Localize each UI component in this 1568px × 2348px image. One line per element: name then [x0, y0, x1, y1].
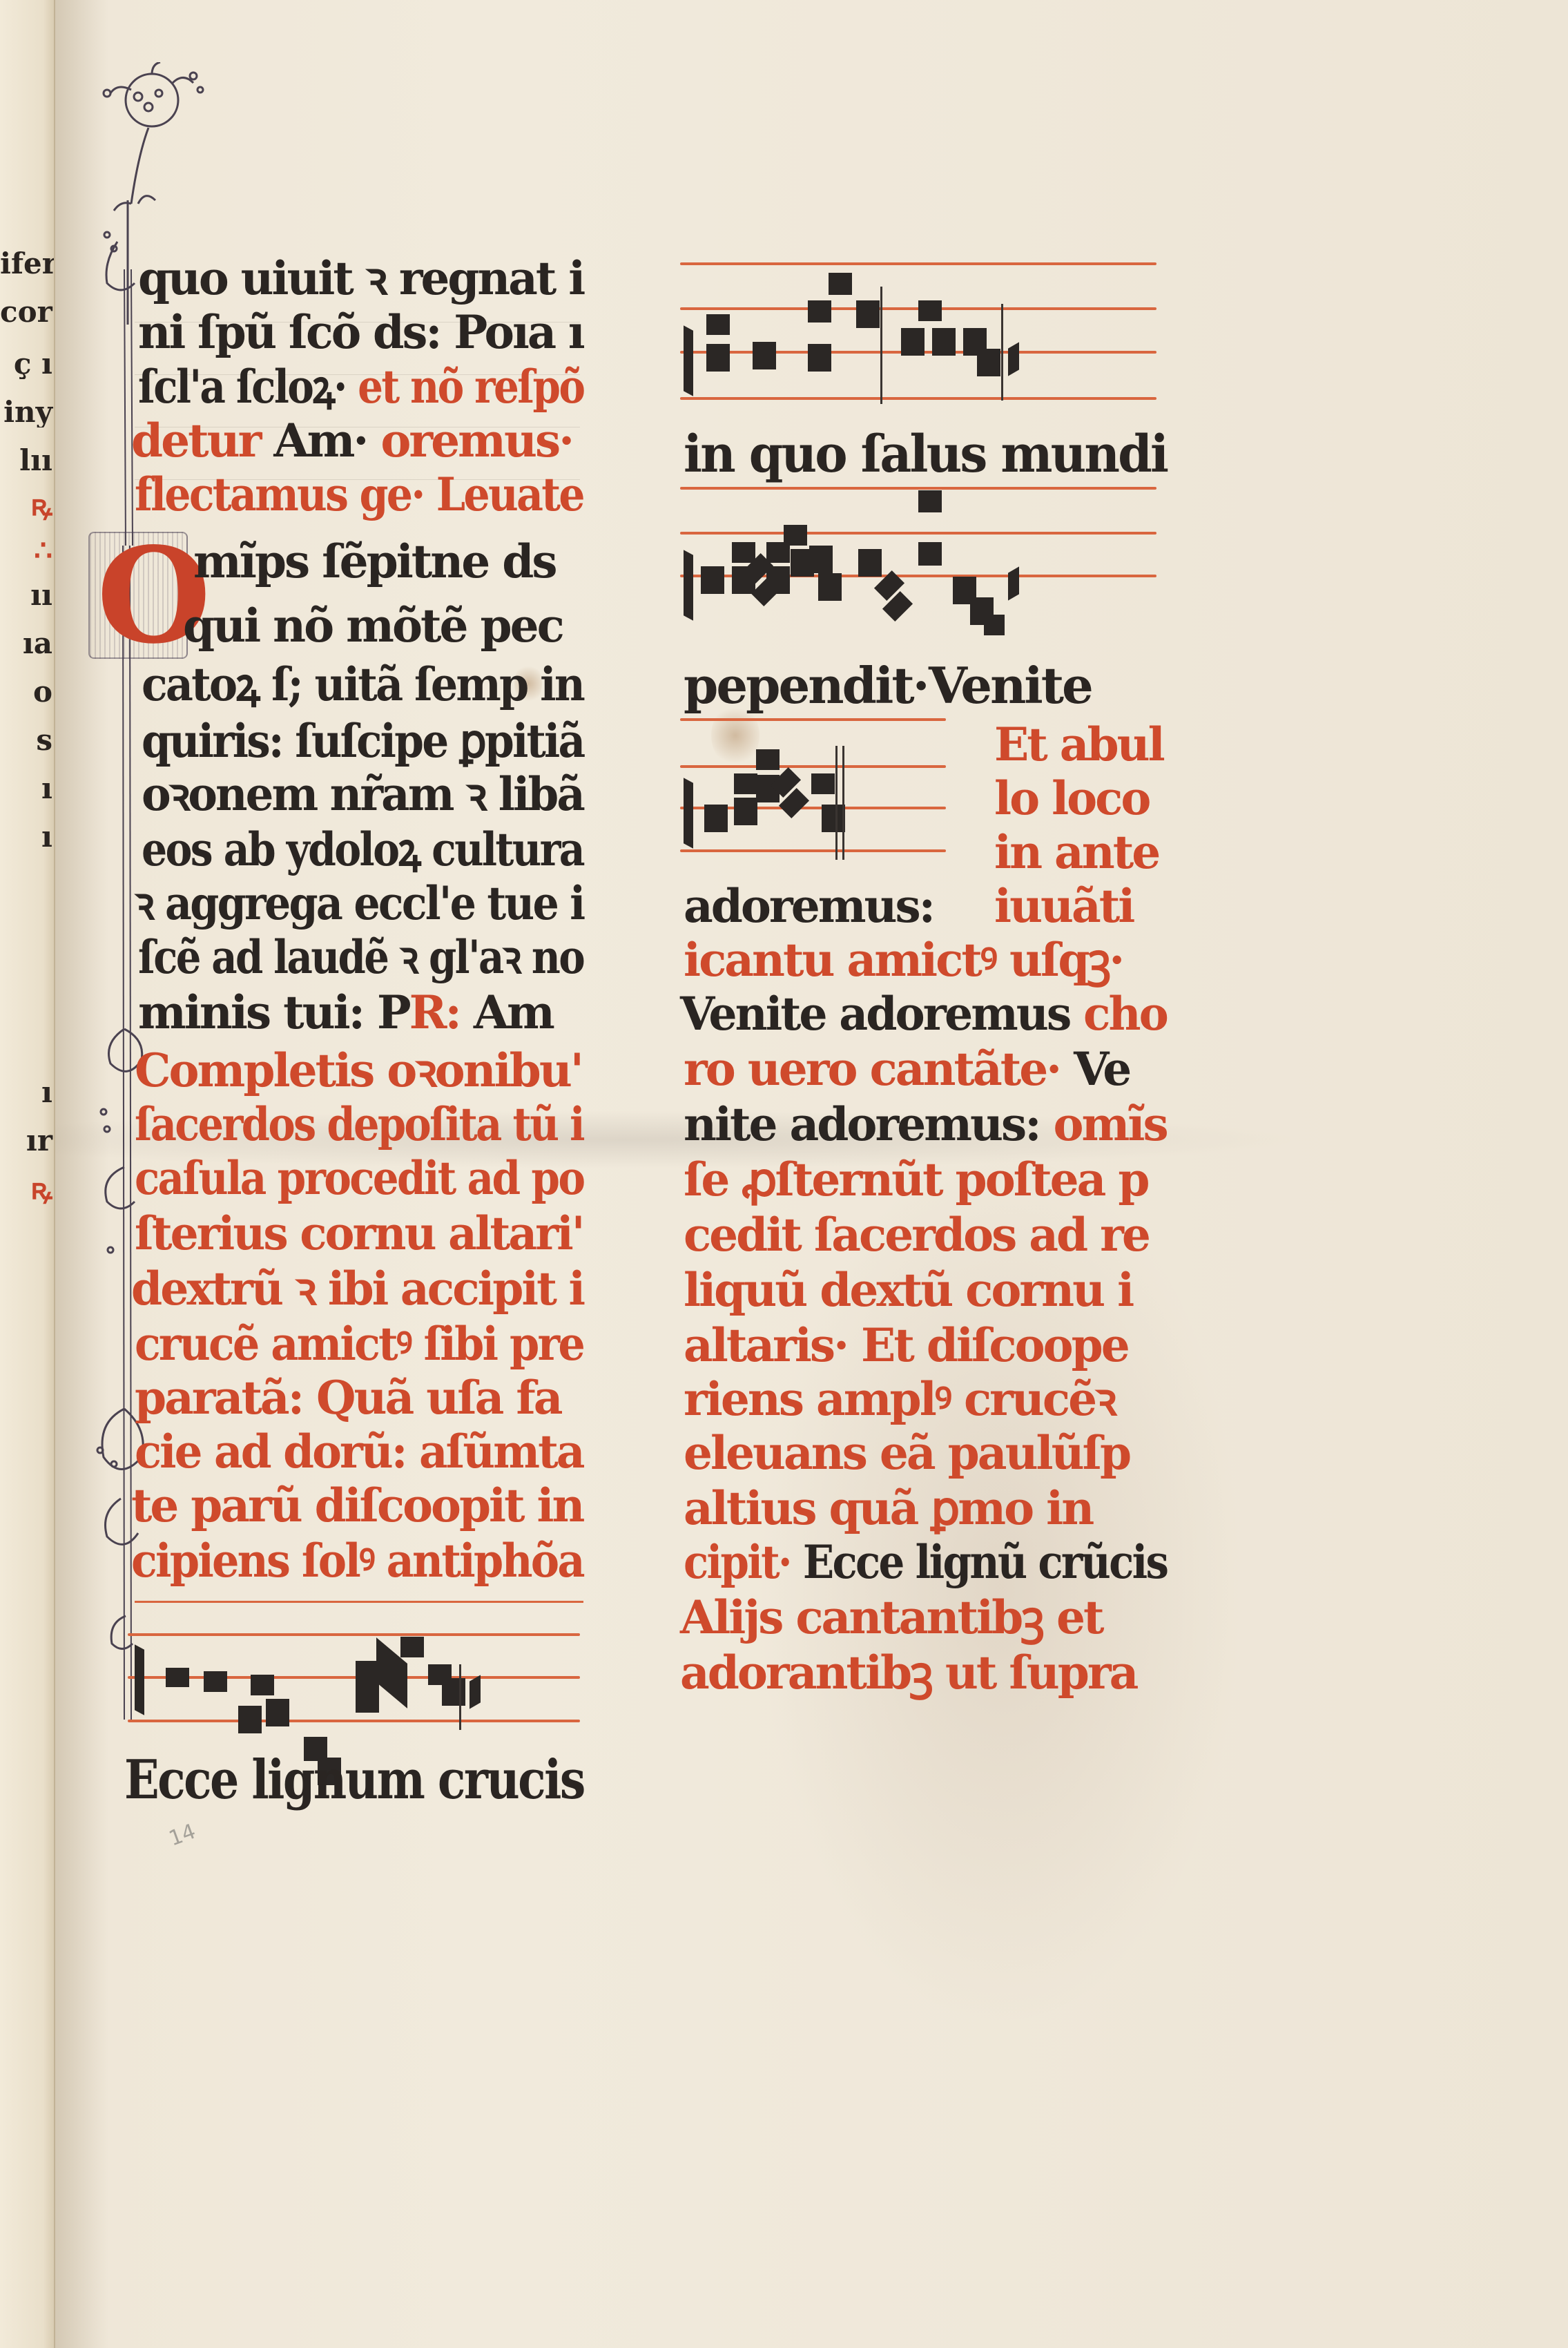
- text-line: oꝛonem nr̃am ꝛ libã: [142, 768, 583, 820]
- text-line: dextrũ ꝛ ibi accipit i: [131, 1262, 583, 1315]
- text-line: Completis oꝛonibu': [135, 1044, 582, 1097]
- text-line: riens amplꝰ crucẽꝛ: [684, 1373, 1114, 1425]
- text-line: adorantibꝫ ut ſupra: [680, 1646, 1136, 1699]
- neume-note: [238, 1706, 262, 1733]
- text-line: te parũ diſcoopit in: [131, 1479, 583, 1532]
- prev-page-fragment: s: [0, 725, 54, 756]
- chant-text-line: in quo ſalus mundi: [684, 428, 1167, 481]
- neume-note: [356, 1685, 379, 1713]
- staff-line: [128, 1633, 580, 1636]
- neume-note: [918, 490, 942, 512]
- neume-note: [734, 773, 757, 794]
- prev-page-fragment: o: [0, 677, 54, 707]
- prev-page-fragment: ıı: [0, 580, 54, 610]
- text-line: nite adoremus: omĩs: [684, 1098, 1167, 1151]
- text-line: detur Am· oremus·: [131, 414, 572, 467]
- text-line: cedit ſacerdos ad re: [684, 1209, 1149, 1261]
- staff-line: [128, 1720, 580, 1722]
- text-line: flectamus ge· Leuate: [135, 468, 583, 521]
- neume-note: [858, 549, 882, 577]
- previous-page-edge: ifer cor: ç ı iny lıı ꝶ ∴ ıı ıa o s ı ı …: [0, 0, 55, 2348]
- prev-page-fragment-rubric: ∴: [0, 535, 54, 566]
- staff-line: [680, 718, 946, 721]
- chant-text-line: Ecce lignum crucis: [124, 1754, 584, 1807]
- prev-page-fragment: ifer: [0, 249, 54, 279]
- prev-page-fragment: ı: [0, 822, 54, 852]
- neume-note: [756, 749, 780, 770]
- neume-note: [809, 546, 833, 573]
- prev-page-fragment: cor:: [0, 297, 54, 327]
- neume-note: [166, 1668, 189, 1687]
- neume-note: [918, 300, 942, 321]
- neume-note: [706, 314, 730, 335]
- text-line: ſcl'a ſcloꝝ· et nõ reſpõ: [138, 360, 583, 413]
- text-line: adoremus:: [684, 880, 933, 932]
- rubric-underline: [135, 1601, 583, 1603]
- neume-note: [808, 300, 831, 323]
- text-line: altaris· Et diſcoope: [684, 1319, 1128, 1372]
- chant-text-line: pependit·: [684, 660, 928, 712]
- neume-note: [811, 773, 835, 794]
- neume-note: [251, 1675, 274, 1695]
- neume-note: [808, 344, 831, 372]
- neume-note: [706, 344, 730, 372]
- text-line: paratã: Quã uſa fa: [135, 1372, 561, 1424]
- neume-note: [704, 805, 728, 832]
- text-line: ro uero cantãte· Ve: [684, 1043, 1130, 1095]
- neume-note: [829, 273, 852, 295]
- bar-line: [459, 1664, 461, 1730]
- text-line: ni ſpũ ſcõ ds: Poıa ı: [138, 306, 583, 358]
- staff-line: [680, 397, 1156, 400]
- staff-line: [128, 1676, 580, 1679]
- bar-line: [880, 287, 882, 404]
- staff-line: [680, 262, 1156, 265]
- music-staff: [680, 718, 946, 856]
- neume-note: [932, 328, 956, 356]
- neume-note: [400, 1637, 424, 1657]
- neume-note: [753, 342, 776, 369]
- text-line: eleuans eã paulũſp: [684, 1427, 1130, 1479]
- text-line: eos ab ydoloꝝ cultura: [142, 823, 583, 876]
- text-line: liquũ dextũ cornu i: [684, 1264, 1132, 1316]
- prev-page-fragment-rubric: ꝶ: [0, 490, 54, 521]
- text-line: minis tui: PR: Am: [138, 986, 553, 1039]
- bar-line: [1001, 304, 1003, 401]
- text-line: ſacerdos depoſita tũ i: [135, 1098, 583, 1151]
- neume-note: [984, 615, 1005, 635]
- music-staff: [680, 262, 1156, 407]
- neume-note: [822, 805, 845, 832]
- music-staff: [128, 1633, 580, 1737]
- custos-icon: [1008, 566, 1019, 600]
- prev-page-fragment: iny: [0, 397, 54, 427]
- custos-icon: [470, 1675, 481, 1709]
- prev-page-fragment: lıı: [0, 445, 54, 476]
- bar-line: [842, 746, 844, 860]
- music-staff: [680, 487, 1156, 625]
- staff-line: [680, 487, 1156, 490]
- neume-note: [784, 525, 807, 546]
- bar-line: [835, 746, 838, 860]
- neume-note: [266, 1699, 289, 1726]
- prev-page-fragment: ı: [0, 1077, 54, 1108]
- decorated-initial-O: O: [97, 537, 173, 655]
- neume-note: [901, 328, 925, 356]
- text-line: ſcẽ ad laudẽ ꝛ gl'aꝛ no: [138, 931, 583, 983]
- prev-page-fragment: ç ı: [0, 349, 54, 379]
- text-line: qui nõ mõtẽ pec: [183, 599, 563, 652]
- rubric-line: lo loco: [994, 772, 1149, 825]
- c-clef-icon: [135, 1644, 144, 1715]
- neume-note: [734, 798, 757, 825]
- text-line: quiris: ſuſcipe ꝑpitiã: [142, 715, 583, 767]
- text-line: crucẽ amictꝰ ſibi pre: [135, 1318, 583, 1370]
- text-line: quo uiuit ꝛ regnat i: [138, 252, 583, 305]
- text-line: cie ad dorũ: aſũmta: [135, 1425, 583, 1478]
- text-line: cipiens ſolꝰ antiphõa: [131, 1534, 583, 1587]
- text-line: catoꝝ ſ; uitã ſemp in: [142, 658, 583, 711]
- text-line: cipit· Ecce lignũ crũcis: [684, 1536, 1167, 1588]
- neume-note: [977, 349, 1000, 376]
- text-line: altius quã ꝑmo in: [684, 1482, 1092, 1534]
- neume-note: [918, 542, 942, 566]
- neume-note: [818, 573, 842, 601]
- neume-note: [766, 566, 790, 594]
- rubric-line: Et abul: [994, 718, 1163, 771]
- c-clef-icon: [684, 550, 693, 620]
- neume-note: [856, 300, 880, 328]
- staff-line: [680, 532, 1156, 535]
- custos-icon: [1008, 342, 1019, 376]
- staff-line: [680, 765, 946, 768]
- prev-page-fragment: ır: [0, 1126, 54, 1156]
- neume-note: [701, 566, 724, 594]
- rubric-line: in ante: [994, 826, 1159, 878]
- venite-incipit: Venite: [929, 660, 1092, 712]
- neume-note: [204, 1671, 227, 1692]
- staff-line: [680, 849, 946, 852]
- manuscript-folio: ifer cor: ç ı iny lıı ꝶ ∴ ıı ıa o s ı ı …: [0, 0, 1568, 2348]
- prev-page-fragment: ıa: [0, 628, 54, 659]
- text-line: Alijs cantantibꝫ et: [680, 1591, 1102, 1644]
- text-line: ſterius cornu altari': [135, 1207, 583, 1260]
- text-line: ꝛ aggrega eccl'e tue i: [135, 877, 583, 930]
- text-line: ſe ꝓſternũt poſtea p: [684, 1153, 1148, 1206]
- neume-note: [442, 1678, 465, 1706]
- c-clef-icon: [684, 325, 693, 396]
- text-line: Venite adoremus cho: [680, 988, 1167, 1040]
- text-line: icantu amictꝰ uſqꝫ·: [684, 934, 1123, 986]
- rubric-line: iuuãti: [994, 880, 1133, 932]
- text-line: caſula procedit ad po: [135, 1152, 583, 1204]
- neume-note: [356, 1661, 379, 1688]
- prev-page-fragment-rubric: ꝶ: [0, 1174, 54, 1204]
- c-clef-icon: [684, 778, 693, 848]
- text-line: mĩps ſẽpitne ds: [193, 535, 556, 588]
- prev-page-fragment: ı: [0, 773, 54, 804]
- neume-note: [732, 542, 755, 563]
